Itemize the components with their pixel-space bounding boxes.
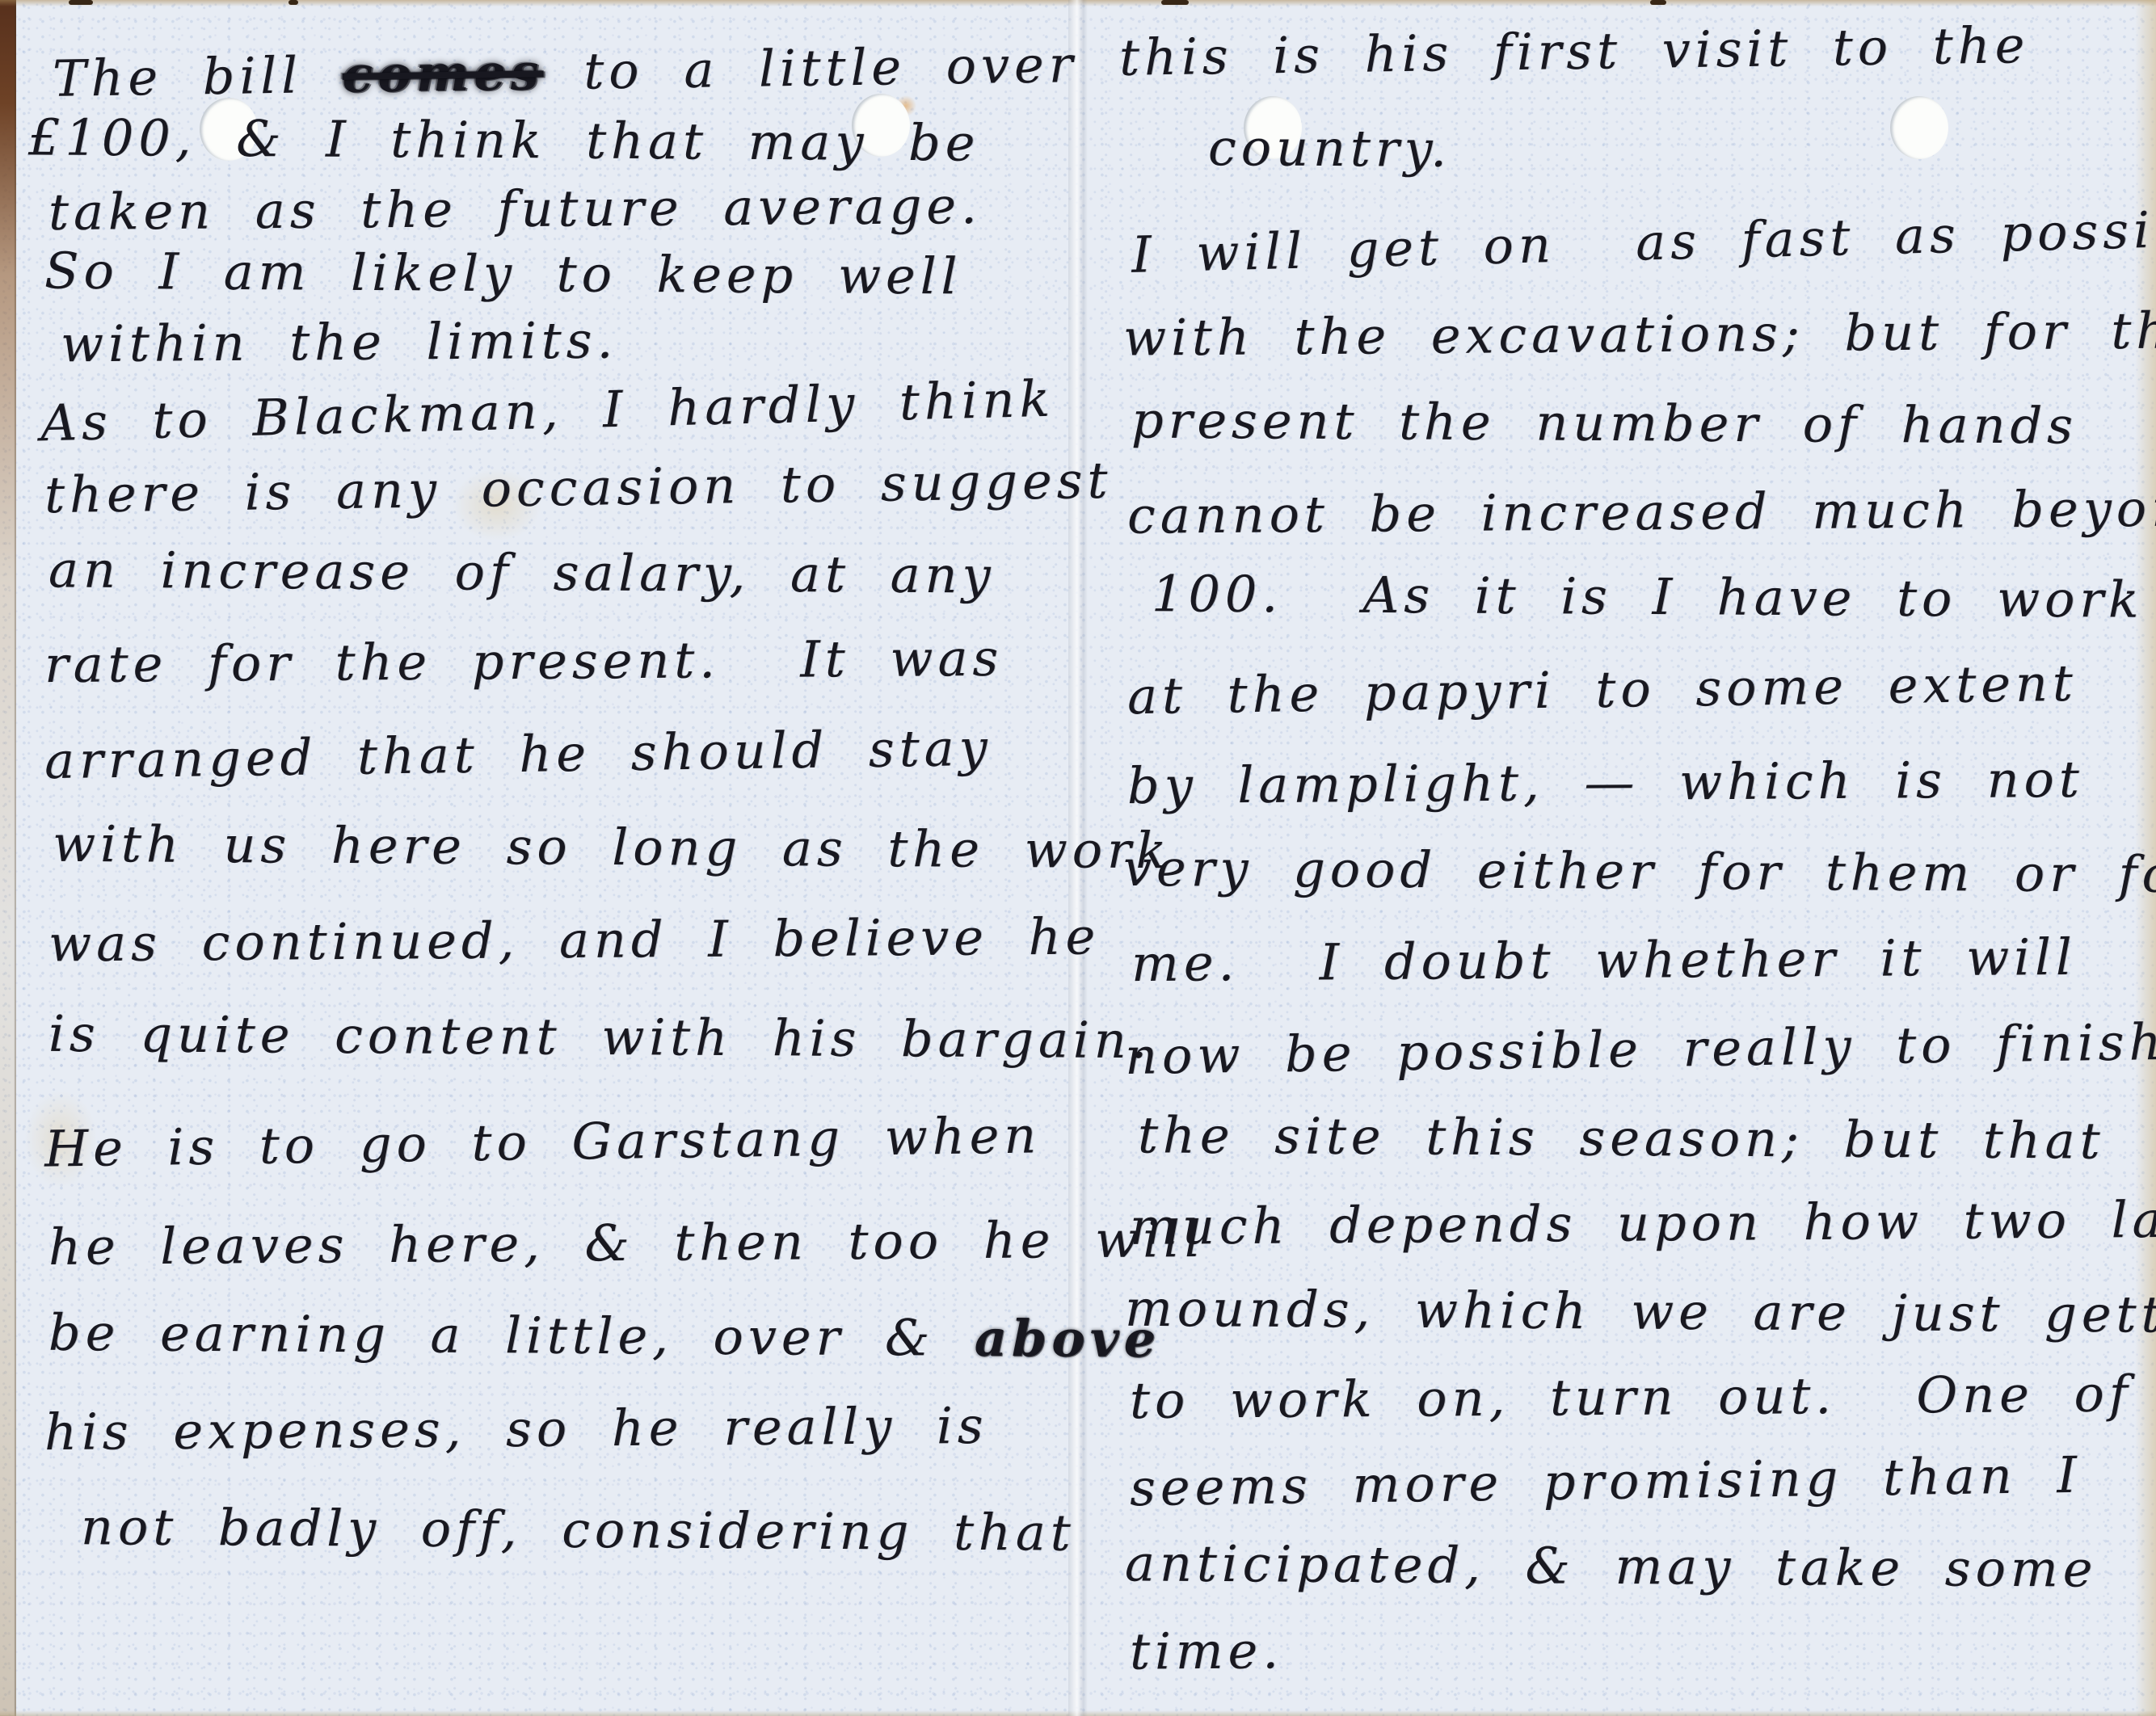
handwritten-line: with the excavations; but for the [1123, 303, 2156, 366]
handwritten-line: to work on, turn out. One of them [1130, 1365, 2156, 1428]
handwritten-line: is quite content with his bargain. [48, 1007, 1152, 1069]
edge-mark [1161, 0, 1189, 5]
handwritten-line: within the limits. [61, 313, 618, 372]
edge-mark [69, 0, 93, 5]
edge-mark [288, 0, 298, 5]
handwritten-line: So I am likely to keep well [44, 244, 962, 305]
handwritten-line: at the papyri to some extent [1127, 656, 2078, 725]
handwritten-line: taken as the future average. [48, 179, 982, 240]
handwritten-line: his expenses, so he really is [44, 1398, 988, 1460]
handwritten-line: this is his first visit to the [1119, 18, 2030, 86]
handwritten-line: an increase of salary, at any [48, 542, 996, 603]
handwritten-line: much depends upon how two large [1130, 1192, 2156, 1255]
handwritten-line: was continued, and I believe he [48, 909, 1101, 971]
handwritten-line: present the number of hands [1131, 393, 2078, 453]
handwritten-line: me. I doubt whether it will [1131, 930, 2077, 991]
handwritten-line: not badly off, considering that [81, 1499, 1076, 1561]
handwritten-line: with us here so long as the work [53, 817, 1172, 879]
scribbled-out-word: comes [342, 42, 544, 103]
line-segment: The bill [53, 45, 343, 108]
line-segment: be earning a little, over & [48, 1303, 975, 1368]
handwritten-line: very good either for them or for [1123, 841, 2156, 902]
handwritten-line: be earning a little, over & above [48, 1306, 1161, 1368]
punch-hole [1890, 96, 1948, 159]
handwritten-line: country. [1208, 120, 1451, 177]
handwritten-line: anticipated, & may take some [1125, 1536, 2098, 1597]
edge-mark [1650, 0, 1666, 5]
handwritten-line: he leaves here, & then too he will [48, 1212, 1206, 1275]
left-page-edge [0, 0, 16, 1716]
handwritten-line: seems more promising than I [1130, 1448, 2082, 1516]
line-segment: to a little over [543, 35, 1078, 101]
handwritten-line: time. [1130, 1623, 1283, 1680]
handwritten-line: mounds, which we are just getting [1125, 1281, 2156, 1344]
handwritten-line: He is to go to Garstang when [44, 1108, 1042, 1176]
handwritten-line: the site this season; but that [1138, 1108, 2105, 1168]
handwritten-line: arranged that he should stay [44, 721, 992, 789]
handwritten-line: £100, & I think that may be [28, 110, 980, 170]
letter-spread: The bill comes to a little over £100, & … [0, 0, 2156, 1716]
handwritten-line: 100. As it is I have to work [1152, 566, 2144, 628]
handwritten-line: by lamplight, — which is not [1127, 752, 2084, 814]
handwritten-line: rate for the present. It was [44, 631, 1004, 692]
handwritten-line: cannot be increased much beyond [1127, 481, 2156, 544]
